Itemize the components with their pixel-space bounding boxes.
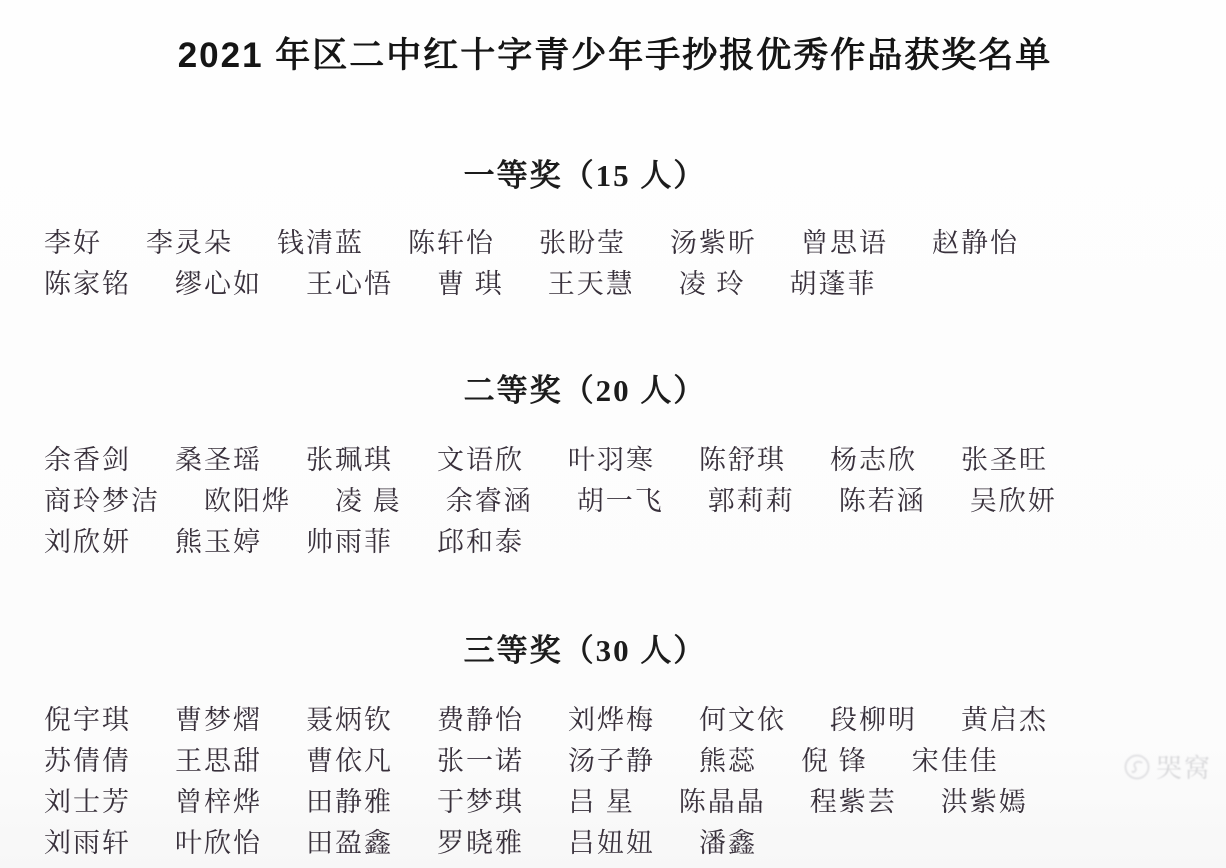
awardee-name: 郭莉莉 xyxy=(708,481,795,522)
section-third-prize: 三等奖（30 人） 倪宇琪曹梦熠聂炳钦费静怡刘烨梅何文依段柳明黄启杰苏倩倩王思甜… xyxy=(44,625,1186,864)
awardee-name: 王心悟 xyxy=(306,264,393,305)
awardee-name: 商玲梦洁 xyxy=(44,481,160,522)
awardee-name: 余香剑 xyxy=(44,440,131,481)
name-row: 余香剑桑圣瑶张珮琪文语欣叶羽寒陈舒琪杨志欣张圣旺 xyxy=(44,440,1186,481)
awardee-name: 熊蕊 xyxy=(699,741,757,782)
awardee-name: 帅雨菲 xyxy=(306,522,393,563)
awardee-name: 胡蓬菲 xyxy=(790,264,877,305)
awardee-name: 叶欣怡 xyxy=(175,823,262,864)
name-row: 商玲梦洁欧阳烨凌 晨余睿涵胡一飞郭莉莉陈若涵吴欣妍 xyxy=(44,481,1186,522)
awardee-name: 黄启杰 xyxy=(961,700,1048,741)
awardee-name: 王思甜 xyxy=(175,741,262,782)
awardee-name: 陈轩怡 xyxy=(408,223,495,264)
awardee-name: 刘士芳 xyxy=(44,782,131,823)
awardee-name: 曾思语 xyxy=(801,223,888,264)
awardee-name: 赵静怡 xyxy=(932,223,1019,264)
document-page: 2021 年区二中红十字青少年手抄报优秀作品获奖名单 一等奖（15 人） 李好李… xyxy=(0,0,1226,868)
awardee-name: 潘鑫 xyxy=(699,823,757,864)
awardee-name: 桑圣瑶 xyxy=(175,440,262,481)
section-first-prize: 一等奖（15 人） 李好李灵朵钱清蓝陈轩怡张盼莹汤紫昕曾思语赵静怡陈家铭缪心如王… xyxy=(44,150,1186,305)
awardee-name: 吕妞妞 xyxy=(568,823,655,864)
awardee-name: 王天慧 xyxy=(548,264,635,305)
awardee-name: 李灵朵 xyxy=(146,223,233,264)
name-row: 倪宇琪曹梦熠聂炳钦费静怡刘烨梅何文依段柳明黄启杰 xyxy=(44,700,1186,741)
name-row: 苏倩倩王思甜曹依凡张一诺汤子静熊蕊倪 锋宋佳佳 xyxy=(44,741,1186,782)
awardee-name: 程紫芸 xyxy=(810,782,897,823)
awardee-name: 余睿涵 xyxy=(446,481,533,522)
awardee-name: 刘雨轩 xyxy=(44,823,131,864)
awardee-name: 杨志欣 xyxy=(830,440,917,481)
awardee-name: 汤子静 xyxy=(568,741,655,782)
name-row: 刘士芳曾梓烨田静雅于梦琪吕 星陈晶晶程紫芸洪紫嫣 xyxy=(44,782,1186,823)
awardee-name: 李好 xyxy=(44,223,102,264)
page-title: 2021 年区二中红十字青少年手抄报优秀作品获奖名单 xyxy=(44,28,1186,78)
awardee-name: 文语欣 xyxy=(437,440,524,481)
section-heading-second-prize: 二等奖（20 人） xyxy=(44,365,1126,410)
awardee-name: 倪宇琪 xyxy=(44,700,131,741)
first-prize-name-list: 李好李灵朵钱清蓝陈轩怡张盼莹汤紫昕曾思语赵静怡陈家铭缪心如王心悟曹 琪王天慧凌 … xyxy=(44,223,1186,305)
awardee-name: 凌 晨 xyxy=(335,481,402,522)
awardee-name: 宋佳佳 xyxy=(912,741,999,782)
awardee-name: 陈家铭 xyxy=(44,264,131,305)
awardee-name: 欧阳烨 xyxy=(204,481,291,522)
awardee-name: 张珮琪 xyxy=(306,440,393,481)
awardee-name: 吕 星 xyxy=(568,782,635,823)
awardee-name: 苏倩倩 xyxy=(44,741,131,782)
second-prize-name-list: 余香剑桑圣瑶张珮琪文语欣叶羽寒陈舒琪杨志欣张圣旺商玲梦洁欧阳烨凌 晨余睿涵胡一飞… xyxy=(44,440,1186,563)
awardee-name: 洪紫嫣 xyxy=(941,782,1028,823)
awardee-name: 罗晓雅 xyxy=(437,823,524,864)
section-heading-third-prize: 三等奖（30 人） xyxy=(44,625,1126,670)
awardee-name: 张一诺 xyxy=(437,741,524,782)
awardee-name: 汤紫昕 xyxy=(670,223,757,264)
awardee-name: 曹梦熠 xyxy=(175,700,262,741)
awardee-name: 刘欣妍 xyxy=(44,522,131,563)
awardee-name: 陈若涵 xyxy=(839,481,926,522)
awardee-name: 于梦琪 xyxy=(437,782,524,823)
awardee-name: 段柳明 xyxy=(830,700,917,741)
awardee-name: 田盈鑫 xyxy=(306,823,393,864)
awardee-name: 熊玉婷 xyxy=(175,522,262,563)
section-heading-first-prize: 一等奖（15 人） xyxy=(44,150,1126,195)
section-second-prize: 二等奖（20 人） 余香剑桑圣瑶张珮琪文语欣叶羽寒陈舒琪杨志欣张圣旺商玲梦洁欧阳… xyxy=(44,365,1186,563)
awardee-name: 陈晶晶 xyxy=(679,782,766,823)
awardee-name: 曹依凡 xyxy=(306,741,393,782)
awardee-name: 田静雅 xyxy=(306,782,393,823)
awardee-name: 张圣旺 xyxy=(961,440,1048,481)
awardee-name: 倪 锋 xyxy=(801,741,868,782)
awardee-name: 曾梓烨 xyxy=(175,782,262,823)
awardee-name: 胡一飞 xyxy=(577,481,664,522)
awardee-name: 费静怡 xyxy=(437,700,524,741)
awardee-name: 钱清蓝 xyxy=(277,223,364,264)
third-prize-name-list: 倪宇琪曹梦熠聂炳钦费静怡刘烨梅何文依段柳明黄启杰苏倩倩王思甜曹依凡张一诺汤子静熊… xyxy=(44,700,1186,864)
name-row: 李好李灵朵钱清蓝陈轩怡张盼莹汤紫昕曾思语赵静怡 xyxy=(44,223,1186,264)
awardee-name: 缪心如 xyxy=(175,264,262,305)
awardee-name: 邱和泰 xyxy=(437,522,524,563)
name-row: 陈家铭缪心如王心悟曹 琪王天慧凌 玲胡蓬菲 xyxy=(44,264,1186,305)
awardee-name: 叶羽寒 xyxy=(568,440,655,481)
awardee-name: 聂炳钦 xyxy=(306,700,393,741)
awardee-name: 曹 琪 xyxy=(437,264,504,305)
awardee-name: 凌 玲 xyxy=(679,264,746,305)
awardee-name: 张盼莹 xyxy=(539,223,626,264)
name-row: 刘欣妍熊玉婷帅雨菲邱和泰 xyxy=(44,522,1186,563)
name-row: 刘雨轩叶欣怡田盈鑫罗晓雅吕妞妞潘鑫 xyxy=(44,823,1186,864)
awardee-name: 吴欣妍 xyxy=(970,481,1057,522)
awardee-name: 陈舒琪 xyxy=(699,440,786,481)
awardee-name: 刘烨梅 xyxy=(568,700,655,741)
awardee-name: 何文依 xyxy=(699,700,786,741)
